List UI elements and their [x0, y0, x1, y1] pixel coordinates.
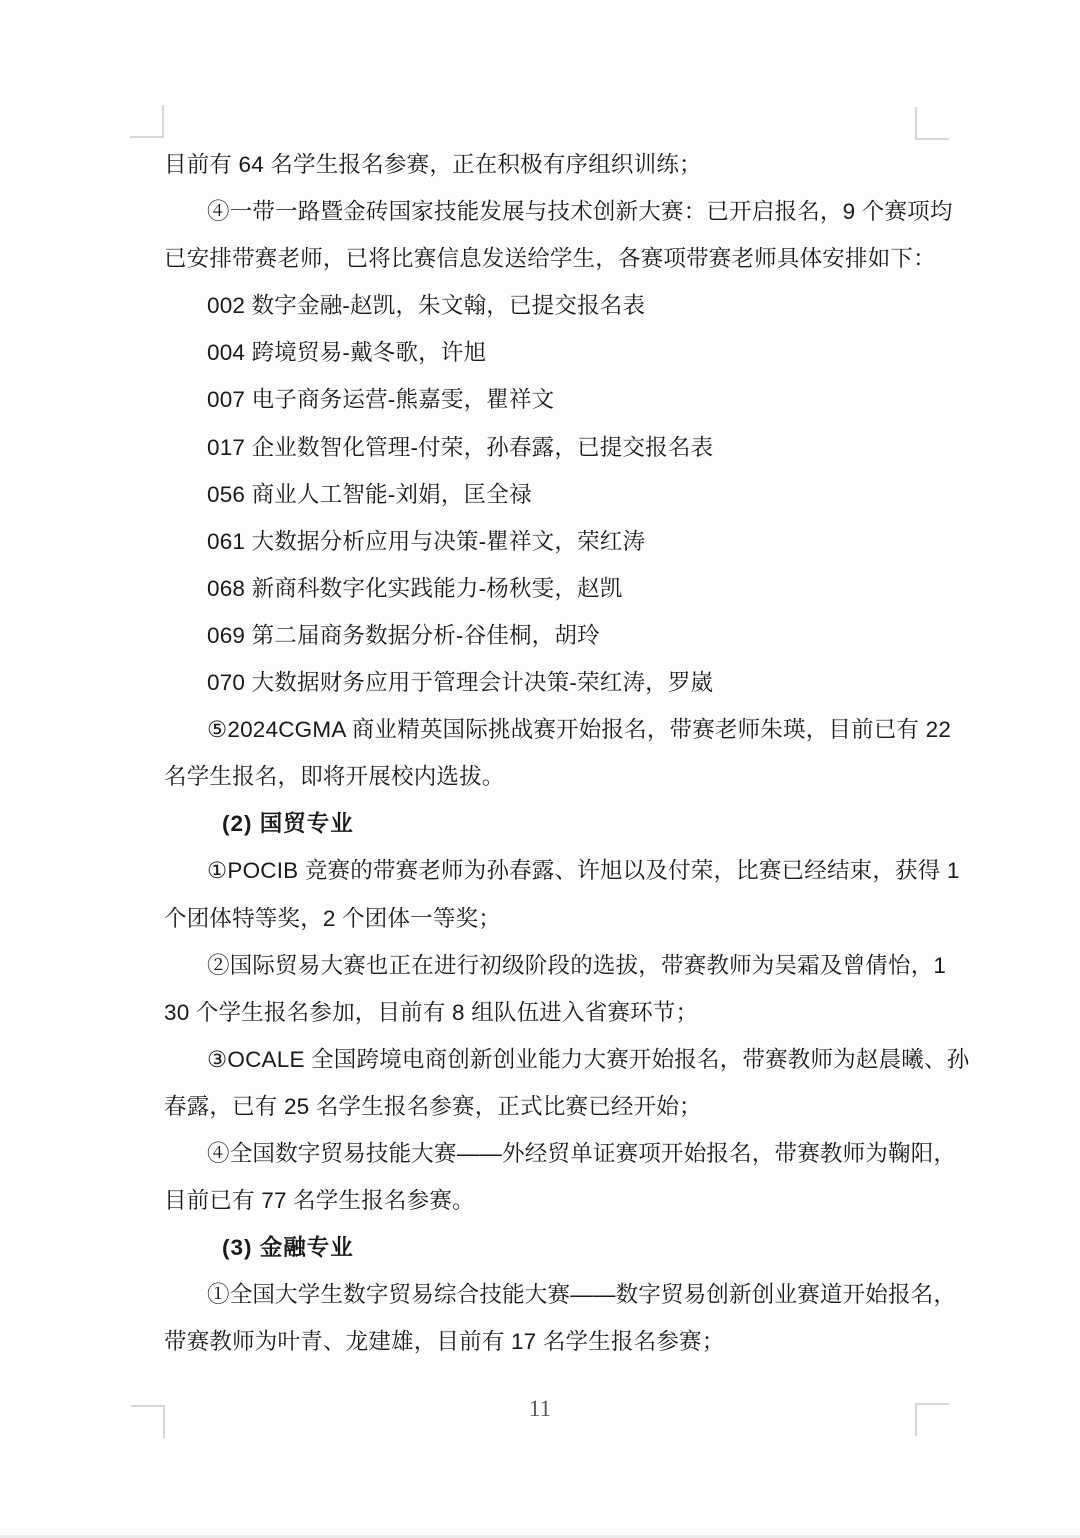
section-heading-line: (3) 金融专业 — [164, 1224, 920, 1271]
text-line: 目前有 64 名学生报名参赛，正在积极有序组织训练； — [164, 141, 920, 188]
text-line: 名学生报名，即将开展校内选拔。 — [164, 753, 920, 800]
text-line: 春露，已有 25 名学生报名参赛，正式比赛已经开始； — [164, 1083, 920, 1130]
text-line: 007 电子商务运营-熊嘉雯，瞿祥文 — [164, 376, 920, 423]
text-line: 已安排带赛老师，已将比赛信息发送给学生，各赛项带赛老师具体安排如下： — [164, 235, 920, 282]
document-body: 目前有 64 名学生报名参赛，正在积极有序组织训练；④一带一路暨金砖国家技能发展… — [164, 141, 920, 1365]
text-line: ⑤2024CGMA 商业精英国际挑战赛开始报名，带赛老师朱瑛，目前已有 22 — [164, 706, 920, 753]
text-line: 070 大数据财务应用于管理会计决策-荣红涛，罗崴 — [164, 659, 920, 706]
text-line: ④一带一路暨金砖国家技能发展与技术创新大赛：已开启报名，9 个赛项均 — [164, 188, 920, 235]
crop-mark-top-right — [915, 107, 949, 140]
text-line: 004 跨境贸易-戴冬歌，许旭 — [164, 329, 920, 376]
text-line: ①全国大学生数字贸易综合技能大赛——数字贸易创新创业赛道开始报名， — [164, 1271, 920, 1318]
text-line: 002 数字金融-赵凯，朱文翰，已提交报名表 — [164, 282, 920, 329]
text-line: ①POCIB 竞赛的带赛老师为孙春露、许旭以及付荣，比赛已经结束，获得 1 — [164, 847, 920, 894]
text-line: 061 大数据分析应用与决策-瞿祥文，荣红涛 — [164, 518, 920, 565]
document-page: 目前有 64 名学生报名参赛，正在积极有序组织训练；④一带一路暨金砖国家技能发展… — [0, 0, 1080, 1538]
text-line: 069 第二届商务数据分析-谷佳桐，胡玲 — [164, 612, 920, 659]
section-heading-line: (2) 国贸专业 — [164, 800, 920, 847]
page-number: 11 — [0, 1396, 1080, 1422]
text-line: 056 商业人工智能-刘娟，匡全禄 — [164, 471, 920, 518]
text-line: 017 企业数智化管理-付荣，孙春露，已提交报名表 — [164, 424, 920, 471]
text-line: ②国际贸易大赛也正在进行初级阶段的选拔，带赛教师为吴霜及曾倩怡，1 — [164, 942, 920, 989]
text-line: 个团体特等奖，2 个团体一等奖； — [164, 895, 920, 942]
text-line: 带赛教师为叶青、龙建雄，目前有 17 名学生报名参赛； — [164, 1318, 920, 1365]
text-line: ④全国数字贸易技能大赛——外经贸单证赛项开始报名，带赛教师为鞠阳， — [164, 1130, 920, 1177]
crop-mark-top-left — [130, 105, 164, 138]
text-line: 068 新商科数字化实践能力-杨秋雯，赵凯 — [164, 565, 920, 612]
text-line: 30 个学生报名参加，目前有 8 组队伍进入省赛环节； — [164, 989, 920, 1036]
text-line: ③OCALE 全国跨境电商创新创业能力大赛开始报名，带赛教师为赵晨曦、孙 — [164, 1036, 920, 1083]
text-line: 目前已有 77 名学生报名参赛。 — [164, 1177, 920, 1224]
